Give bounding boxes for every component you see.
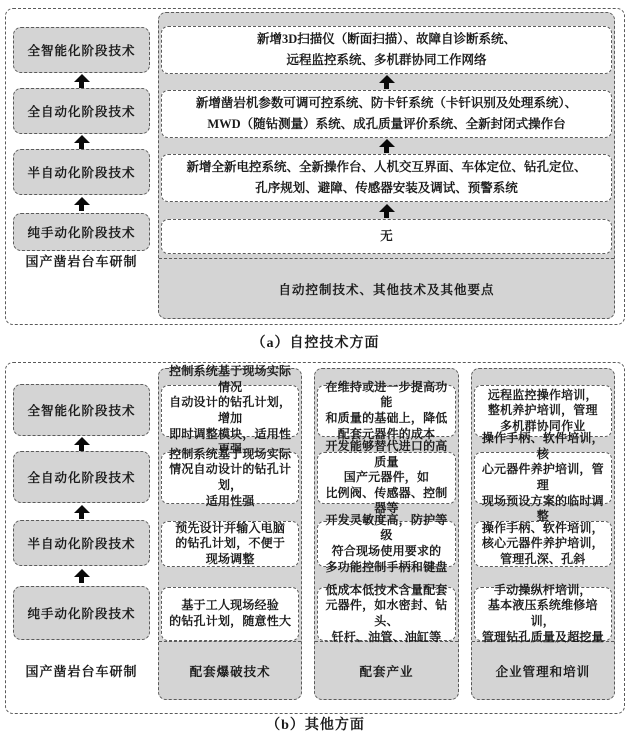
panel-a-stage-column: 全智能化阶段技术 全自动化阶段技术 半自动化阶段技术 纯手动化阶段技术 国产凿岩…	[13, 12, 150, 270]
content-cell: 新增全新电控系统、全新操作台、人机交互界面、车体定位、钻孔定位、 孔序规划、避障…	[161, 154, 612, 202]
column-top-band	[159, 13, 614, 26]
content-cell: 在维持或进一步提高功能 和质量的基础上，降低 配套元器件的成本	[317, 385, 455, 437]
content-cell: 开发灵敏度高，防护等级 符合现场使用要求的 多功能控制手柄和键盘	[317, 521, 455, 567]
panel-b-column-blasting: 控制系统基于现场实际情况 自动设计的钻孔计划，增加 即时调整模块，适用性更强 控…	[158, 368, 302, 700]
caption-panel-b: （b）其他方面	[0, 714, 631, 739]
stage-box-full-intelligent: 全智能化阶段技术	[13, 384, 150, 436]
stage-box-pure-manual: 纯手动化阶段技术	[13, 586, 150, 640]
panel-a-content-area: 新增3D扫描仪（断面扫描）、故障自诊断系统、 远程监控系统、多机群协同工作网络 …	[158, 12, 615, 319]
up-arrow-icon	[74, 437, 90, 451]
stage-box-semi-automatic: 半自动化阶段技术	[13, 520, 150, 566]
stage-box-full-automatic: 全自动化阶段技术	[13, 88, 150, 134]
content-cell: 低成本低技术含量配套 元器件，如水密封、钻头、 钎杆、油管、油缸等	[317, 587, 455, 641]
panel-b-other-aspects: 全智能化阶段技术 全自动化阶段技术 半自动化阶段技术 纯手动化阶段技术 国产凿岩…	[5, 362, 625, 714]
stage-box-semi-automatic: 半自动化阶段技术	[13, 149, 150, 195]
content-cell: 预先设计并输入电脑 的钻孔计划，不便于 现场调整	[161, 521, 299, 567]
up-arrow-icon	[379, 204, 395, 218]
column-footer: 企业管理和培训	[472, 641, 614, 699]
panel-b-stage-column: 全智能化阶段技术 全自动化阶段技术 半自动化阶段技术 纯手动化阶段技术 国产凿岩…	[13, 368, 150, 700]
content-cell: 手动操纵杆培训， 基本液压系统维修培训， 管理钻孔质量及超挖量	[474, 587, 612, 641]
stage-box-full-intelligent: 全智能化阶段技术	[13, 27, 150, 73]
up-arrow-icon	[74, 135, 90, 149]
up-arrow-icon	[74, 505, 90, 519]
content-cell: 操作手柄、软件培训，核 心元器件养护培训，管理 现场预设方案的临时调整	[474, 452, 612, 504]
column-footer: 配套爆破技术	[159, 641, 301, 699]
up-arrow-icon	[74, 74, 90, 88]
panel-a-auto-control: 全智能化阶段技术 全自动化阶段技术 半自动化阶段技术 纯手动化阶段技术 国产凿岩…	[5, 8, 625, 325]
caption-panel-a: （a）自控技术方面	[0, 325, 631, 362]
panel-b-content-area: 控制系统基于现场实际情况 自动设计的钻孔计划，增加 即时调整模块，适用性更强 控…	[158, 368, 615, 700]
base-label: 国产凿岩台车研制	[13, 251, 150, 270]
content-cell: 控制系统基于现场实际 情况自动设计的钻孔计划， 适用性强	[161, 452, 299, 504]
content-cell: 新增3D扫描仪（断面扫描）、故障自诊断系统、 远程监控系统、多机群协同工作网络	[161, 26, 612, 74]
content-cell: 操作手柄、软件培训， 核心元器件养护培训， 管理孔深、孔斜	[474, 521, 612, 567]
column-footer: 自动控制技术、其他技术及其他要点	[159, 258, 614, 318]
up-arrow-icon	[74, 569, 90, 583]
content-cell: 远程监控操作培训， 整机养护培训，管理 多机群协同作业	[474, 385, 612, 437]
base-label: 国产凿岩台车研制	[13, 640, 150, 700]
panel-a-content-column: 新增3D扫描仪（断面扫描）、故障自诊断系统、 远程监控系统、多机群协同工作网络 …	[158, 12, 615, 319]
panel-b-column-management: 远程监控操作培训， 整机养护培训，管理 多机群协同作业 操作手柄、软件培训，核 …	[471, 368, 615, 700]
content-cell: 开发能够替代进口的高质量 国产元器件，如 比例阀、传感器、控制器等	[317, 452, 455, 504]
up-arrow-icon	[74, 197, 90, 211]
content-cell: 新增凿岩机参数可调可控系统、防卡钎系统（卡钎识别及处理系统）、 MWD（随钻测量…	[161, 90, 612, 138]
up-arrow-icon	[379, 139, 395, 153]
column-footer: 配套产业	[315, 641, 457, 699]
content-cell: 基于工人现场经验 的钻孔计划，随意性大	[161, 587, 299, 641]
column-top-band	[472, 369, 614, 385]
up-arrow-icon	[379, 75, 395, 89]
panel-b-column-industry: 在维持或进一步提高功能 和质量的基础上，降低 配套元器件的成本 开发能够替代进口…	[314, 368, 458, 700]
stage-box-pure-manual: 纯手动化阶段技术	[13, 213, 150, 251]
stage-box-full-automatic: 全自动化阶段技术	[13, 451, 150, 503]
content-cell: 无	[161, 219, 612, 254]
content-cell: 控制系统基于现场实际情况 自动设计的钻孔计划，增加 即时调整模块，适用性更强	[161, 385, 299, 437]
